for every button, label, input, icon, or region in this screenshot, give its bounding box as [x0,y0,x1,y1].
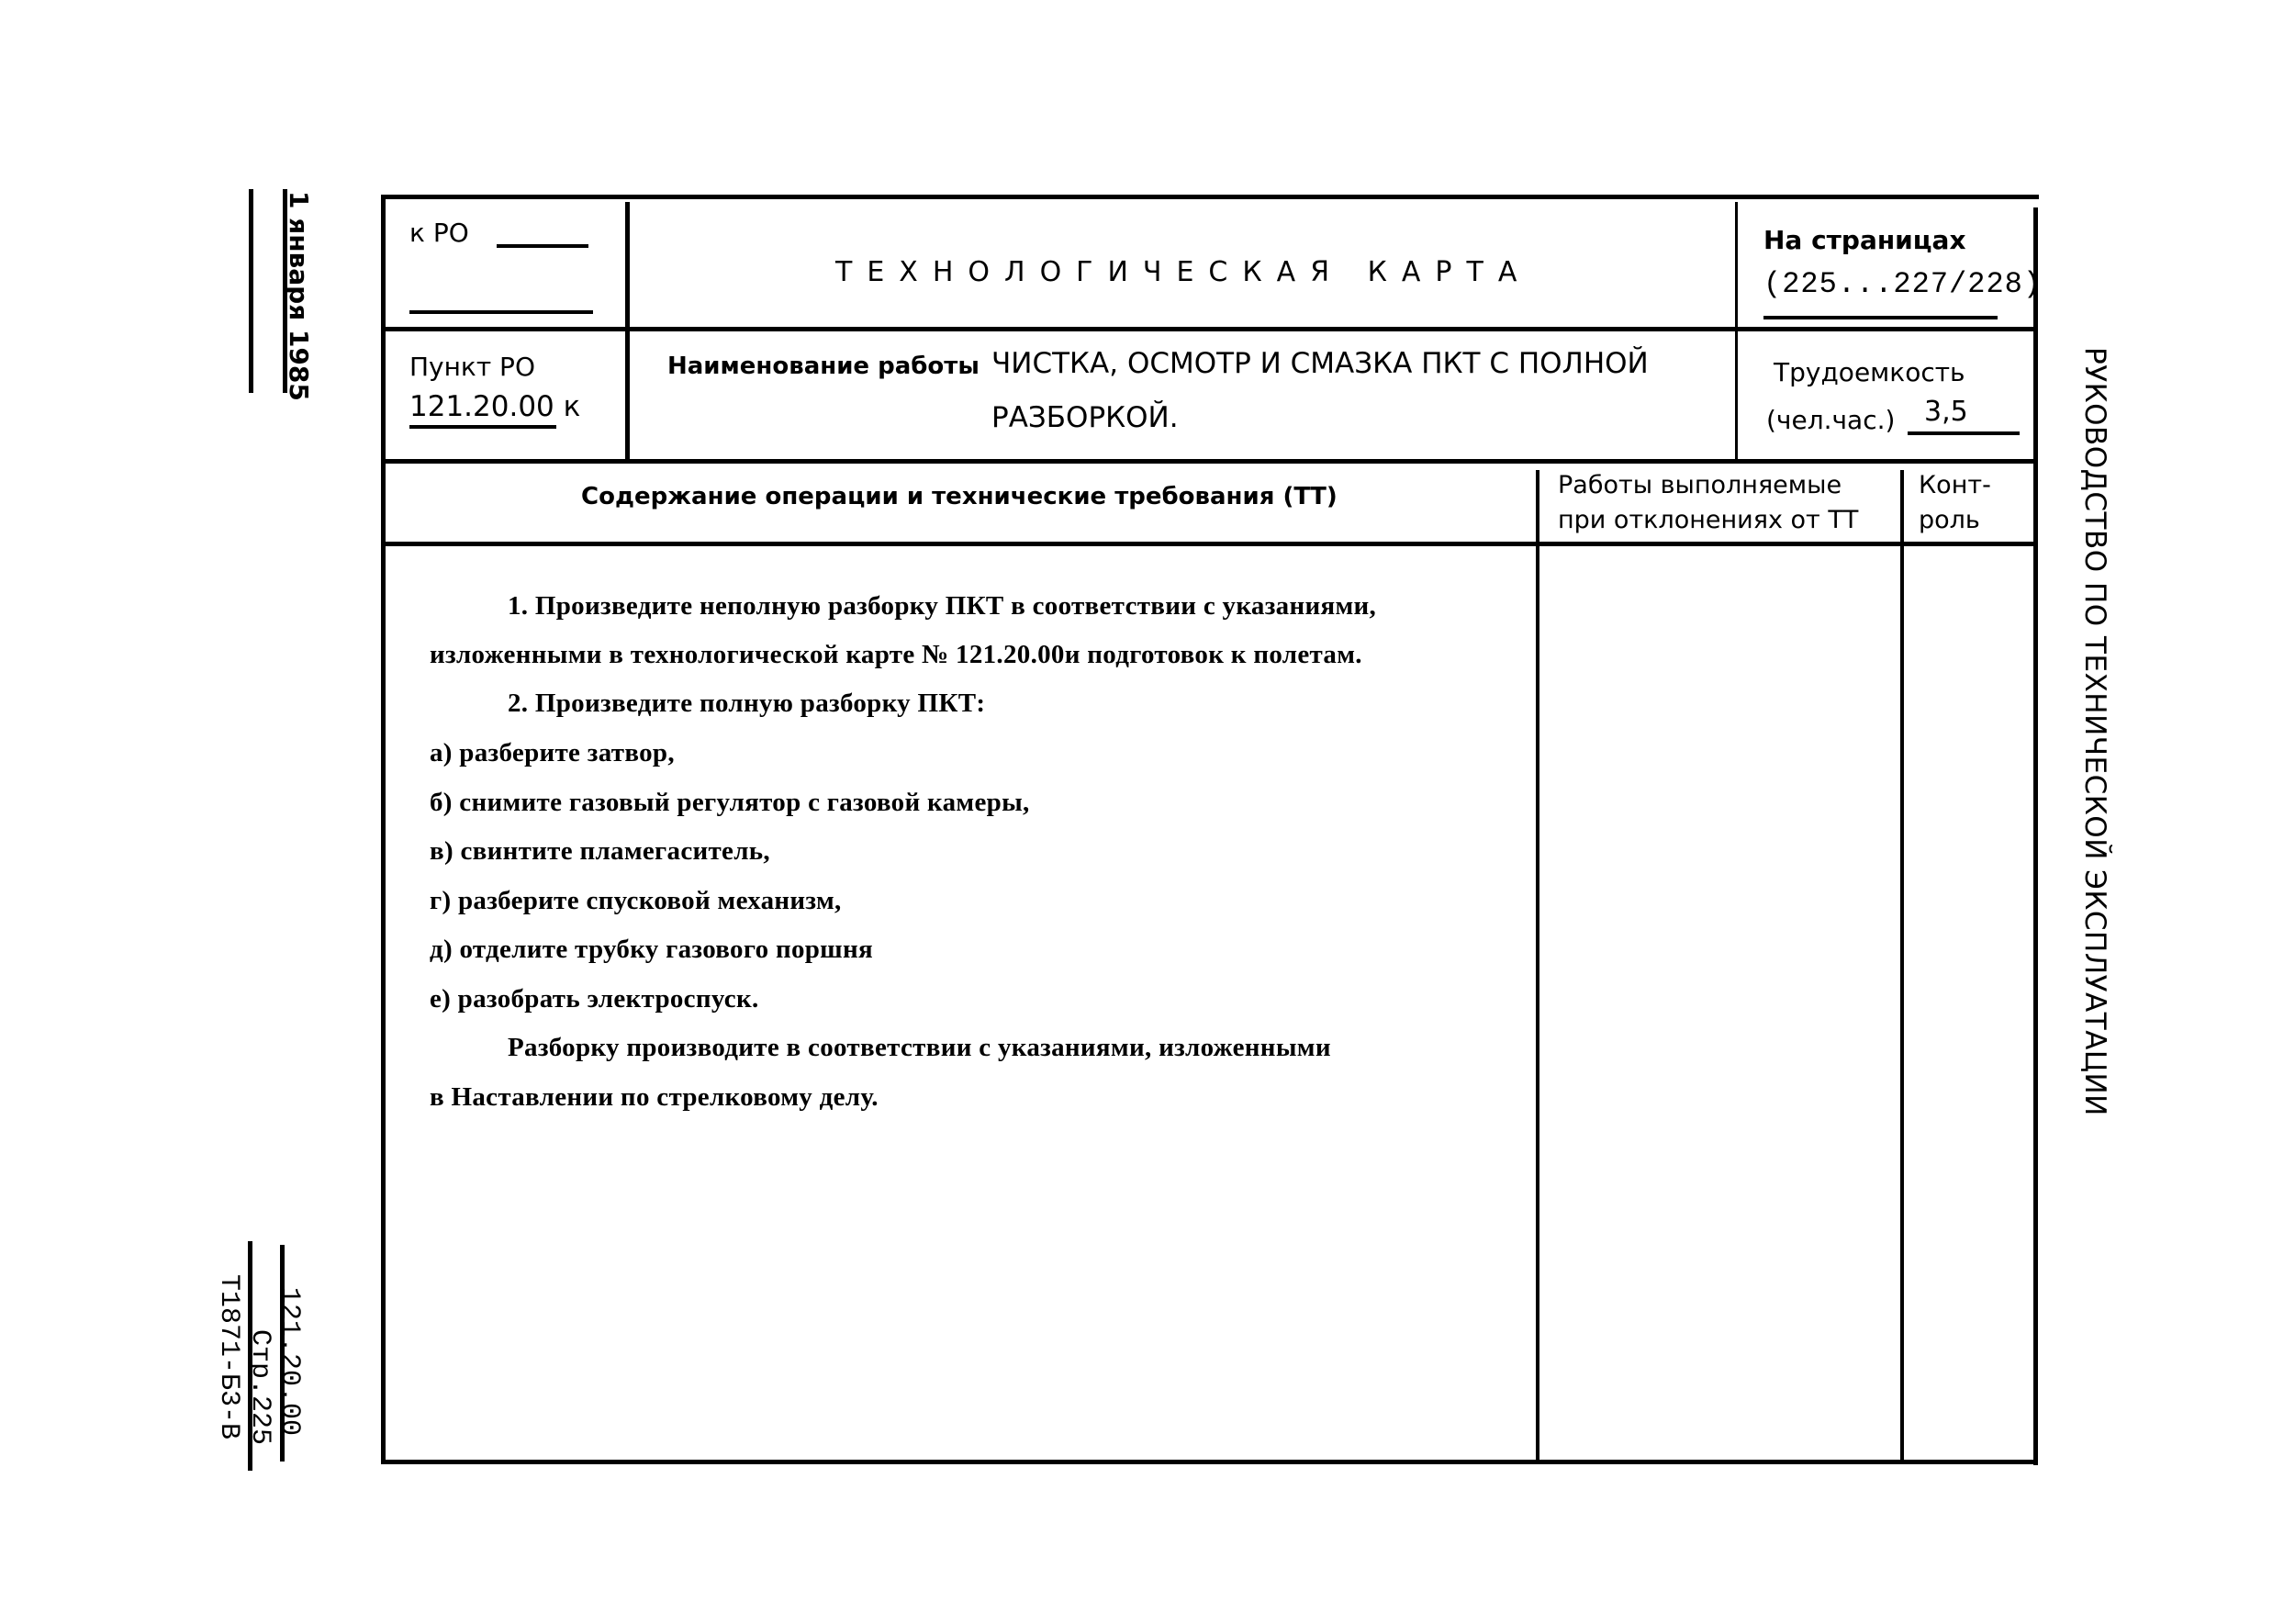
ref-blank-line [497,244,588,248]
work-name-line1: ЧИСТКА, ОСМОТР И СМАЗКА ПКТ С ПОЛНОЙ [991,350,1649,378]
body-line: а) разберите затвор, [430,738,675,768]
margin-page: Стр.225 [244,1329,275,1445]
work-name-line2: РАЗБОРКОЙ. [991,404,1179,432]
column-deviations-header-2: при отклонениях от ТТ [1558,508,1858,532]
margin-date: 1 января 1985 [284,191,314,401]
labor-underline [1908,431,2020,435]
ref-blank-line-2 [409,310,593,314]
body-line: в Наставлении по стрелковому делу. [430,1082,879,1113]
labor-label: Трудоемкость [1774,360,1965,386]
body-line: 2. Произведите полную разборку ПКТ: [508,689,985,719]
item-underline [409,425,556,429]
pages-label: На страницах [1763,228,1966,253]
column-control-header-2: роль [1919,508,1980,532]
body-line: е) разобрать электроспуск. [430,984,759,1014]
pages-underline [1763,316,1998,319]
body-line: Разборку производите в соответствии с ук… [508,1033,1331,1063]
pages-value: (225...227/228) [1763,270,2042,299]
column-control-header: Конт- [1919,473,1991,498]
ref-label: к РО [409,220,469,246]
card-title: ТЕХНОЛОГИЧЕСКАЯ КАРТА [835,259,1531,286]
labor-value: 3,5 [1924,398,1968,426]
column-content-header: Содержание операции и технические требов… [581,485,1338,509]
body-line: 1. Произведите неполную разборку ПКТ в с… [508,591,1376,622]
body-line: д) отделите трубку газового поршня [430,935,873,965]
labor-unit: (чел.час.) [1766,408,1895,433]
body-line: г) разберите спусковой механизм, [430,886,842,916]
body-line: изложенными в технологической карте № 12… [430,640,1362,670]
work-name-label: Наименование работы [667,354,980,378]
column-deviations-header: Работы выполняемые [1558,473,1842,498]
body-line: в) свинтите пламегаситель, [430,836,770,867]
margin-rule [249,189,253,393]
item-value: 121.20.00 к [409,393,580,421]
margin-doc-code: Т1871-Б3-В [213,1274,244,1439]
body-line: б) снимите газовый регулятор с газовой к… [430,788,1030,818]
item-label: Пункт РО [409,354,535,380]
margin-code: 121.20.00 [274,1287,305,1436]
manual-title: РУКОВОДСТВО ПО ТЕХНИЧЕСКОЙ ЭКСПЛУАТАЦИИ [2078,347,2111,1116]
